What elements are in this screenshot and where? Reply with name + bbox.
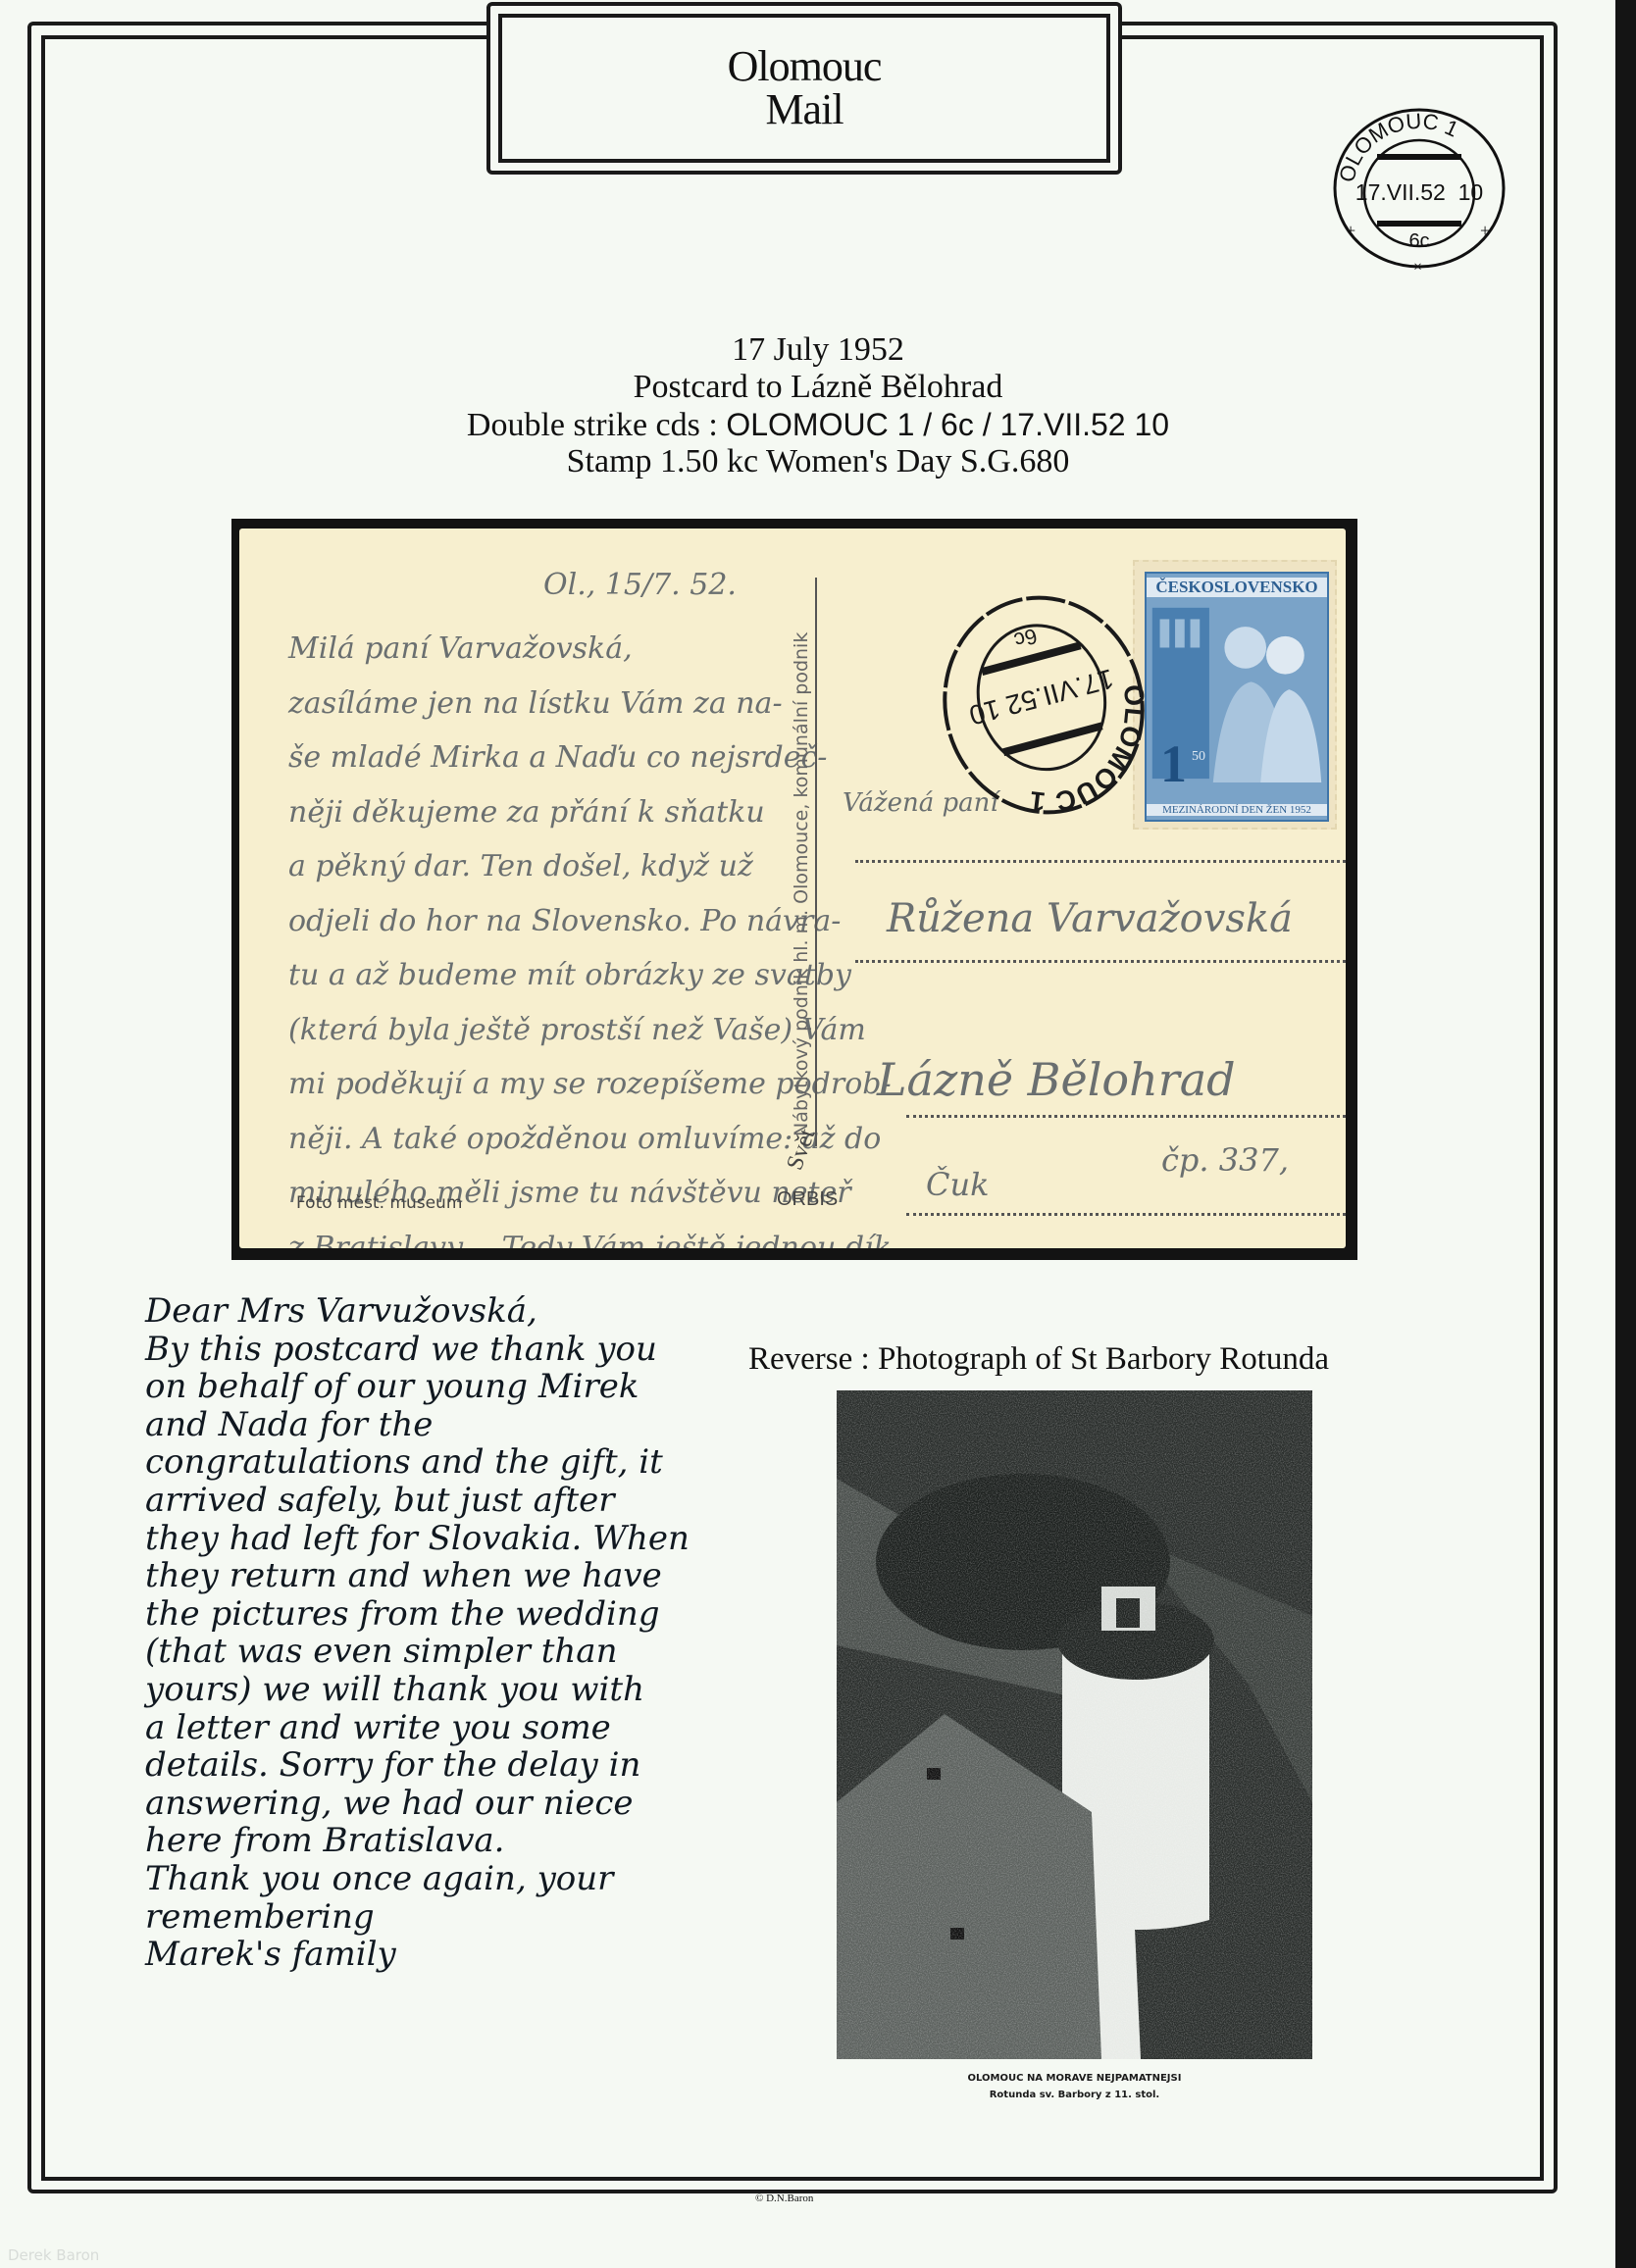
- heading-postcard: Postcard to Lázně Bělohrad: [0, 369, 1636, 406]
- heading-cds: Double strike cds : OLOMOUC 1 / 6c / 17.…: [0, 406, 1636, 444]
- card-postmark-code: 6c: [1011, 624, 1040, 653]
- translation-line: a letter and write you some: [145, 1709, 690, 1747]
- heading-postmark-code: OLOMOUC 1 / 6c / 17.VII.52 10: [726, 407, 1169, 442]
- page-subtitle: Mail: [765, 88, 843, 131]
- translation-line: on behalf of our young Mirek: [145, 1368, 690, 1406]
- translation-line: congratulations and the gift, it: [145, 1443, 690, 1482]
- address-line-3: [906, 1115, 1346, 1118]
- page-title-box: Olomouc Mail: [486, 2, 1122, 175]
- postmark-illustration-icon: OLOMOUC 1 17.VII.52 10 6c + + ×: [1326, 103, 1512, 275]
- translation-line: details. Sorry for the delay in: [145, 1746, 690, 1785]
- postmark-date: 17.VII.52 10: [1355, 179, 1483, 205]
- recipient-town: Lázně Bělohrad: [877, 1053, 1236, 1106]
- stamp-country: ČESKOSLOVENSKO: [1147, 578, 1327, 597]
- translation-line: Dear Mrs Varvužovská,: [145, 1292, 690, 1331]
- translation-line: answering, we had our niece: [145, 1785, 690, 1823]
- photo-credit: Foto měst. museum: [296, 1193, 462, 1213]
- address-line-1: [855, 860, 1346, 863]
- translation-line: (that was even simpler than: [145, 1633, 690, 1671]
- heading-stamp: Stamp 1.50 kc Women's Day S.G.680: [0, 443, 1636, 480]
- translation-line: remembering: [145, 1898, 690, 1937]
- reverse-photograph: [837, 1390, 1312, 2059]
- translation-line: they had left for Slovakia. When: [145, 1520, 690, 1558]
- page-title: Olomouc: [728, 45, 882, 88]
- recipient-name: Růžena Varvažovská: [887, 896, 1293, 941]
- recipient-district: Čuk: [926, 1166, 989, 1203]
- translation-line: here from Bratislava.: [145, 1822, 690, 1860]
- copyright: © D.N.Baron: [755, 2192, 813, 2204]
- photo-caption-subtitle: Rotunda sv. Barbory z 11. stol.: [837, 2090, 1312, 2100]
- translation-line: Marek's family: [145, 1936, 690, 1974]
- reverse-title: Reverse : Photograph of St Barbory Rotun…: [748, 1341, 1329, 1378]
- address-line-4: [906, 1213, 1346, 1216]
- translation-line: and Nada for the: [145, 1406, 690, 1444]
- photo-caption-title: OLOMOUC NA MORAVE NEJPAMATNEJSI: [837, 2073, 1312, 2084]
- address-line-2: [855, 960, 1346, 963]
- heading-date: 17 July 1952: [0, 331, 1636, 369]
- rotunda-photo-icon: [837, 1390, 1312, 2059]
- stamp-value-cents: 50: [1192, 749, 1205, 765]
- translation-line: By this postcard we thank you: [145, 1331, 690, 1369]
- postcard-divider: [815, 578, 817, 1146]
- translation-line: arrived safely, but just after: [145, 1482, 690, 1520]
- postmark-code: 6c: [1408, 230, 1429, 252]
- translation-text: Dear Mrs Varvužovská,By this postcard we…: [145, 1292, 690, 1974]
- postcard-mount: Ol., 15/7. 52. Milá paní Varvažovská,zas…: [231, 519, 1357, 1260]
- publisher-name: ORBIS: [777, 1188, 838, 1211]
- handwritten-date: Ol., 15/7. 52.: [543, 568, 737, 602]
- vertical-imprint: Nábytkový podnik hl. m. Olomouce, komuná…: [791, 632, 812, 1136]
- svg-text:+: +: [1480, 221, 1490, 240]
- translation-line: Thank you once again, your: [145, 1860, 690, 1898]
- translation-line: they return and when we have: [145, 1557, 690, 1595]
- recipient-house-number: čp. 337,: [1161, 1141, 1289, 1179]
- svg-text:+: +: [1346, 221, 1355, 240]
- svg-text:×: ×: [1413, 259, 1422, 275]
- translation-line: the pictures from the wedding: [145, 1595, 690, 1634]
- stamp-caption: MEZINÁRODNÍ DEN ŽEN 1952: [1147, 804, 1327, 816]
- handwritten-line: z Bratislavy. – Tedy Vám ještě jednou dí…: [288, 1221, 894, 1249]
- watermark: Derek Baron: [8, 2246, 99, 2264]
- postcard: Ol., 15/7. 52. Milá paní Varvažovská,zas…: [239, 529, 1346, 1248]
- translation-line: yours) we will thank you with: [145, 1671, 690, 1709]
